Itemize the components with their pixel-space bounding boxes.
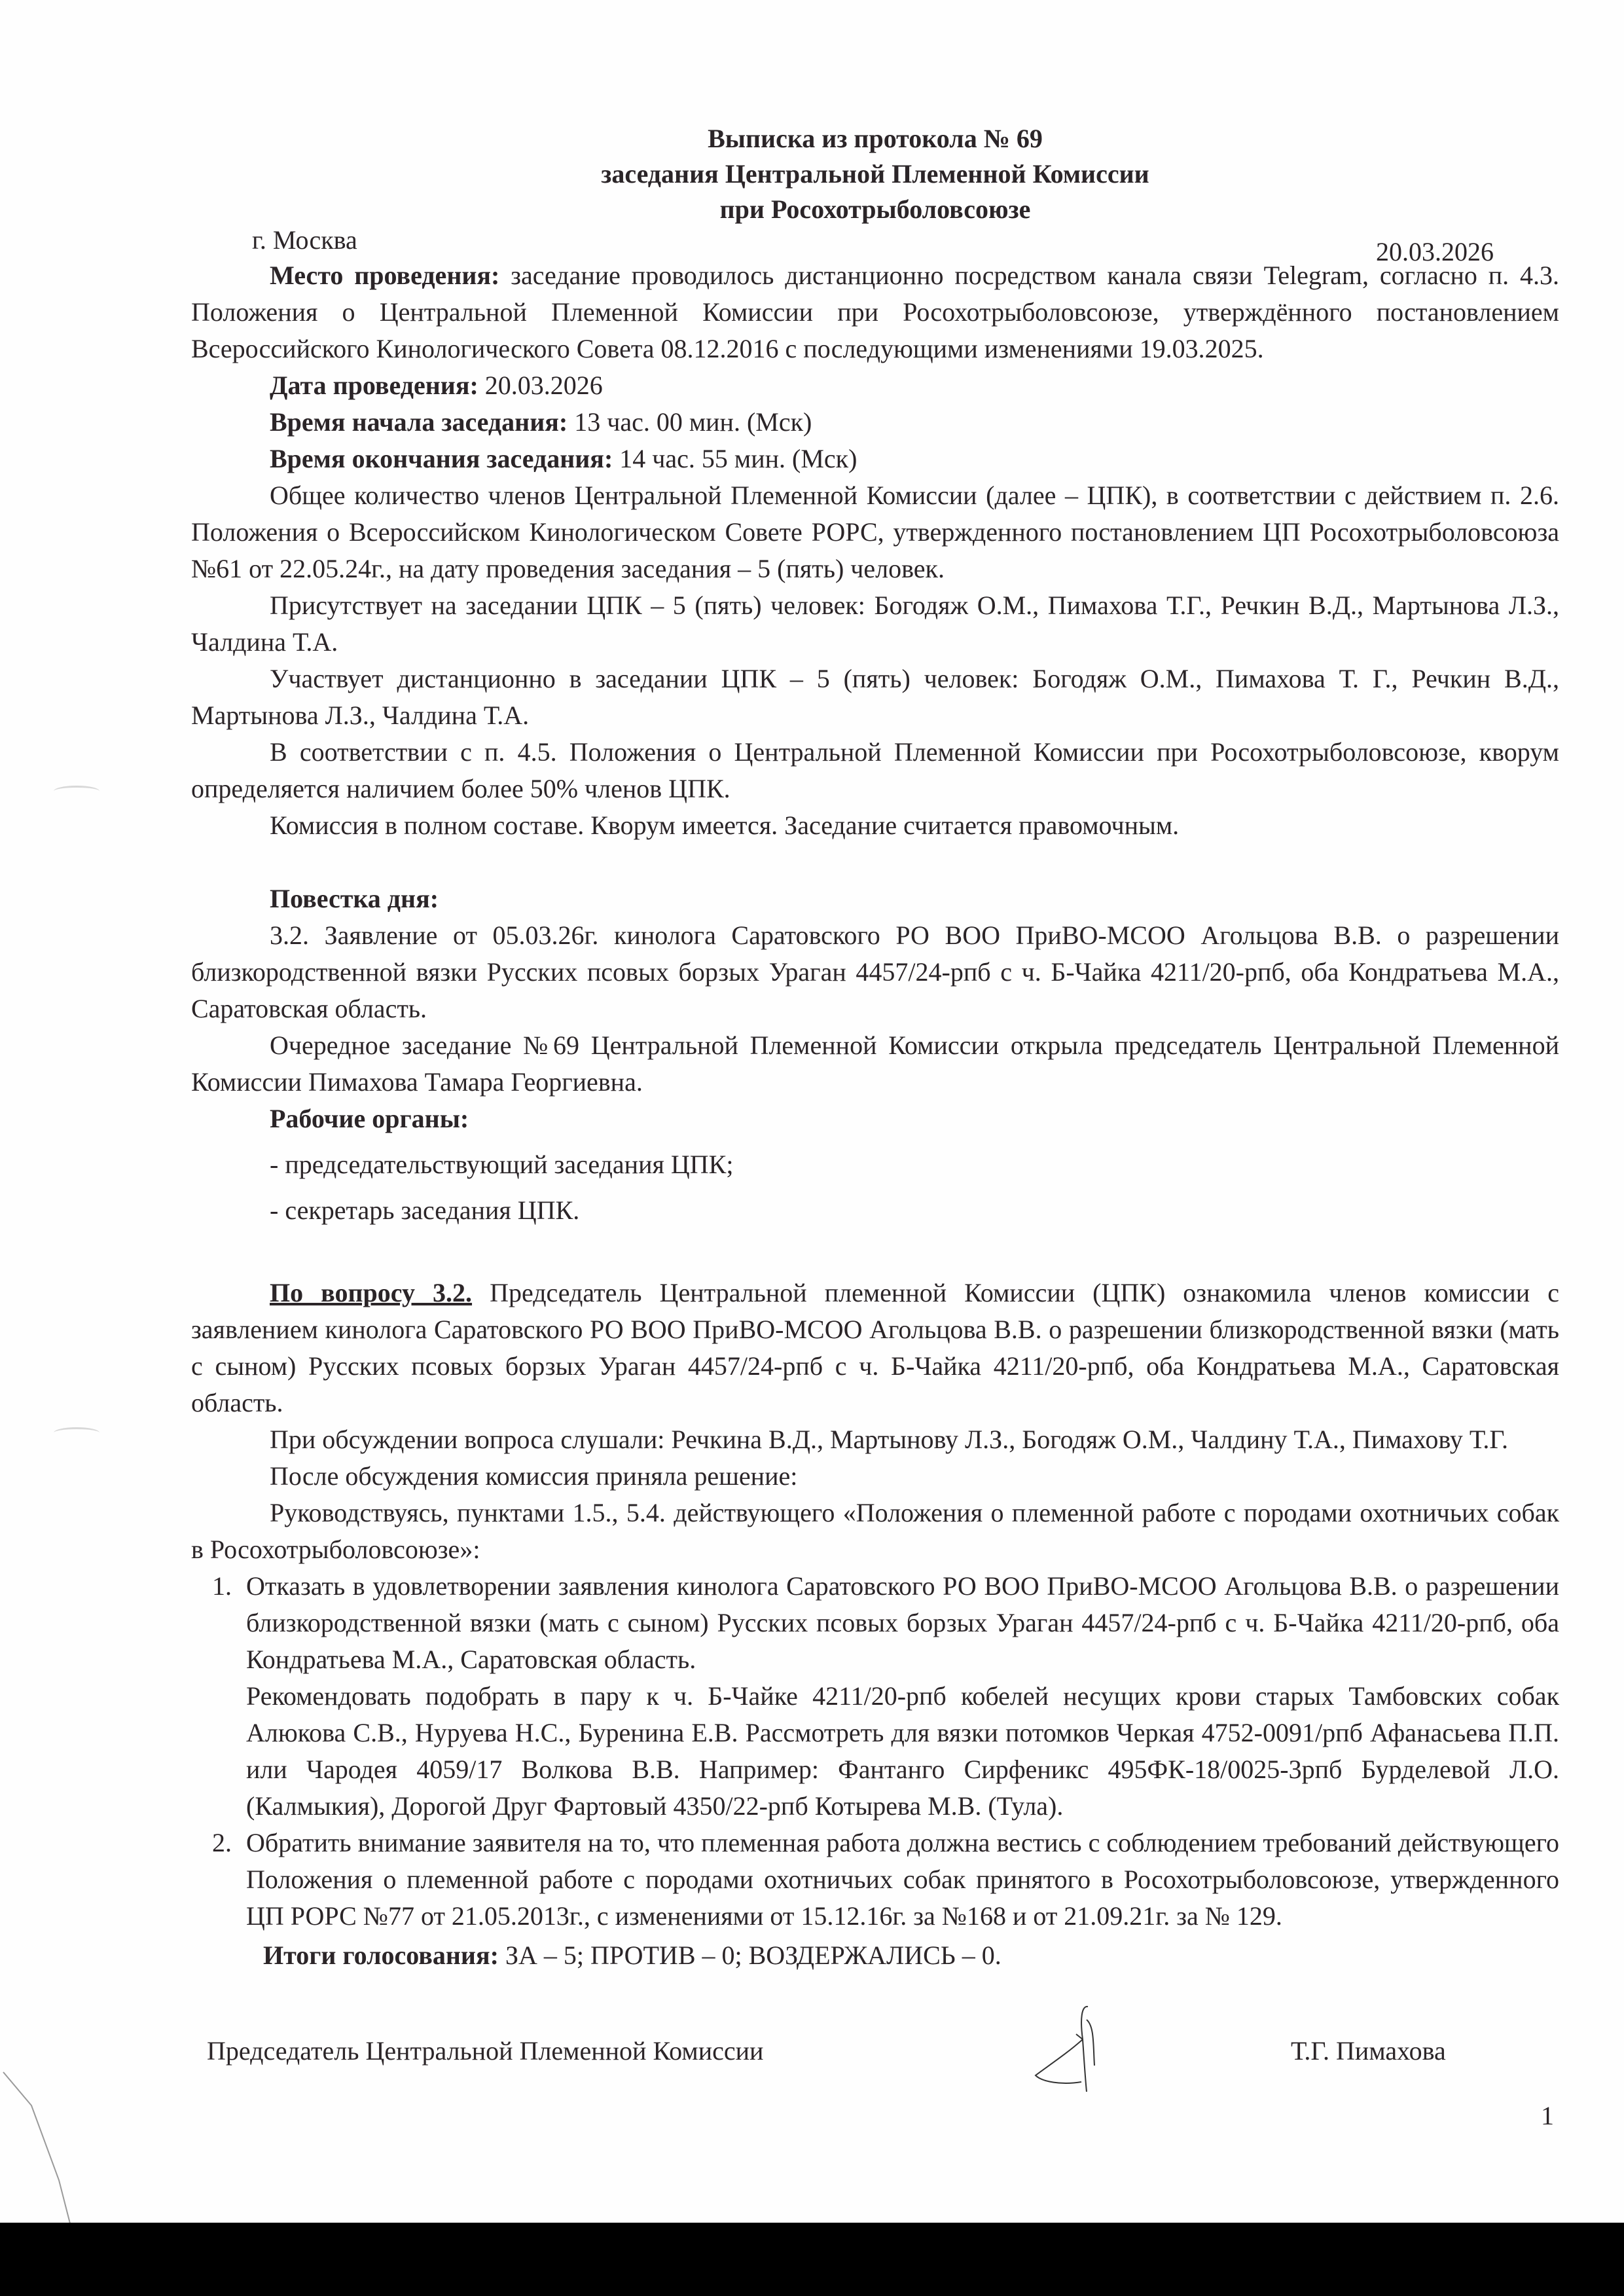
document-page: Выписка из протокола № 69 заседания Цент… [0,0,1624,2223]
meeting-place: Место проведения: заседание проводилось … [191,257,1559,367]
document-date: 20.03.2026 [1376,234,1494,270]
decision-recommendation: Рекомендовать подобрать в пару к ч. Б-Ча… [246,1678,1559,1825]
total-members-paragraph: Общее количество членов Центральной Плем… [191,477,1559,587]
decision-text: Отказать в удовлетворении заявления кино… [246,1568,1559,1678]
after-discussion-paragraph: После обсуждения комиссия приняла решени… [191,1458,1559,1495]
place-label: Место проведения: [270,261,499,290]
votes-text: ЗА – 5; ПРОТИВ – 0; ВОЗДЕРЖАЛИСЬ – 0. [499,1941,1001,1970]
working-body-item: - председательствующий заседания ЦПК; [191,1146,1559,1183]
signature-block: Председатель Центральной Племенной Комис… [191,2000,1559,2092]
question-paragraph: По вопросу 3.2. Председатель Центральной… [191,1275,1559,1421]
voting-results: Итоги голосования: ЗА – 5; ПРОТИВ – 0; В… [191,1937,1559,1974]
decision-item: Обратить внимание заявителя на то, что п… [238,1825,1559,1935]
heard-paragraph: При обсуждении вопроса слушали: Речкина … [191,1421,1559,1458]
remote-members-paragraph: Участвует дистанционно в заседании ЦПК –… [191,661,1559,734]
city-date-row: г. Москва 20.03.2026 [191,222,1559,257]
city: г. Москва [252,222,357,259]
meeting-end: Время окончания заседания: 14 час. 55 ми… [191,441,1559,477]
quorum-rule-paragraph: В соответствии с п. 4.5. Положения о Цен… [191,734,1559,807]
scan-bottom-border [0,2223,1624,2296]
guided-paragraph: Руководствуясь, пунктами 1.5., 5.4. дейс… [191,1495,1559,1568]
scan-edge-line-icon [0,2062,393,2226]
signatory-name: Т.Г. Пимахова [1291,2033,1446,2069]
decision-text: Обратить внимание заявителя на то, что п… [246,1825,1559,1935]
start-label: Время начала заседания: [270,407,568,437]
decision-item: Отказать в удовлетворении заявления кино… [238,1568,1559,1825]
document-title: Выписка из протокола № 69 заседания Цент… [191,121,1559,227]
date-value: 20.03.2026 [478,371,603,400]
title-line-2: заседания Центральной Племенной Комиссии [191,156,1559,192]
meeting-date: Дата проведения: 20.03.2026 [191,367,1559,404]
start-value: 13 час. 00 мин. (Мск) [568,407,812,437]
punch-hole-mark [54,786,99,797]
page-number: 1 [1541,2100,1554,2131]
decisions-list: Отказать в удовлетворении заявления кино… [191,1568,1559,1935]
agenda-item: 3.2. Заявление от 05.03.26г. кинолога Са… [191,917,1559,1027]
end-value: 14 час. 55 мин. (Мск) [613,444,857,473]
end-label: Время окончания заседания: [270,444,613,473]
working-bodies-heading: Рабочие органы: [191,1101,1559,1137]
document-body: Выписка из протокола № 69 заседания Цент… [191,121,1559,2092]
quorum-status-paragraph: Комиссия в полном составе. Кворум имеетс… [191,807,1559,844]
question-label: По вопросу 3.2. [270,1278,472,1307]
title-line-1: Выписка из протокола № 69 [191,121,1559,156]
meeting-start: Время начала заседания: 13 час. 00 мин. … [191,404,1559,441]
present-members-paragraph: Присутствует на заседании ЦПК – 5 (пять)… [191,587,1559,661]
handwritten-signature-icon [1003,2000,1134,2092]
date-label: Дата проведения: [270,371,478,400]
working-body-item: - секретарь заседания ЦПК. [191,1192,1559,1229]
votes-label: Итоги голосования: [263,1941,499,1970]
opening-paragraph: Очередное заседание №69 Центральной Плем… [191,1027,1559,1101]
agenda-heading: Повестка дня: [191,881,1559,917]
punch-hole-mark [54,1427,99,1438]
